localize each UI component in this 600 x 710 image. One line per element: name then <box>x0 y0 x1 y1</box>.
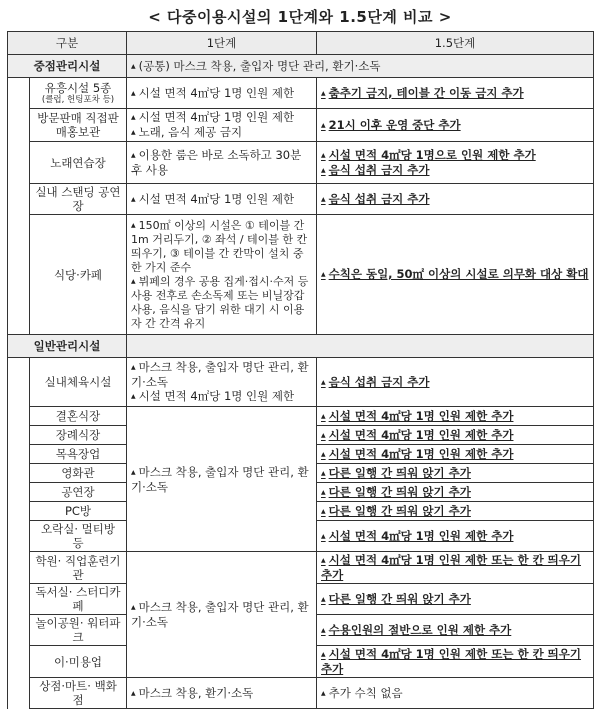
facility-name: 유흥시설 5종(클럽, 헌팅포차 등) <box>30 78 127 109</box>
group-row-general: 일반관리시설 <box>8 335 594 358</box>
stage15-rule: 수용인원의 절반으로 인원 제한 추가 <box>321 623 511 637</box>
table-row: 유흥시설 5종(클럽, 헌팅포차 등) 시설 면적 4㎡당 1명 인원 제한 춤… <box>8 78 594 109</box>
stage1-rule: 이용한 룸은 바로 소독하고 30분 후 사용 <box>131 148 312 177</box>
facility-name: 학원· 직업훈련기관 <box>30 552 127 584</box>
stage15-rule: 21시 이후 운영 중단 추가 <box>321 118 589 133</box>
group-label: 중점관리시설 <box>8 55 127 78</box>
stage1-rule: 마스크 착용, 출입자 명단 관리, 환기·소독 <box>131 600 312 629</box>
stage1-rule: 노래, 음식 제공 금지 <box>131 125 312 140</box>
stage1-rule: 마스크 착용, 환기·소독 <box>131 686 253 700</box>
stage1-rule: 마스크 착용, 출입자 명단 관리, 환기·소독 <box>131 360 312 389</box>
facility-name: 방문판매 직접판매홍보관 <box>30 109 127 142</box>
facility-name: 장례식장 <box>30 426 127 445</box>
facility-name: PC방 <box>30 502 127 521</box>
stage1-rule: 150㎡ 이상의 시설은 ① 테이블 간 1m 거리두기, ② 좌석 / 테이블… <box>131 219 312 275</box>
stage15-rule: 시설 면적 4㎡당 1명 인원 제한 또는 한 칸 띄우기 추가 <box>321 647 581 676</box>
facility-name: 식당·카페 <box>30 215 127 335</box>
stage15-rule: 수칙은 동일, 50㎡ 이상의 시설로 의무화 대상 확대 <box>321 267 589 282</box>
table-row: 방문판매 직접판매홍보관 시설 면적 4㎡당 1명 인원 제한노래, 음식 제공… <box>8 109 594 142</box>
stage15-rule: 시설 면적 4㎡당 1명 인원 제한 추가 <box>321 428 513 442</box>
stage15-rule: 음식 섭취 금지 추가 <box>321 192 589 207</box>
facility-name: 오락실· 멀티방 등 <box>30 521 127 552</box>
table-row: 노래연습장 이용한 룸은 바로 소독하고 30분 후 사용 시설 면적 4㎡당 … <box>8 142 594 184</box>
page-title: < 다중이용시설의 1단계와 1.5단계 비교 > <box>0 6 600 27</box>
stage15-rule: 추가 수칙 없음 <box>321 686 403 700</box>
facility-name: 목욕장업 <box>30 445 127 464</box>
common-rule: (공통) 마스크 착용, 출입자 명단 관리, 환기·소독 <box>131 59 380 73</box>
facility-name: 공연장 <box>30 483 127 502</box>
stage15-rule: 음식 섭취 금지 추가 <box>321 163 589 178</box>
facility-name: 영화관 <box>30 464 127 483</box>
table-row: 실내체육시설 마스크 착용, 출입자 명단 관리, 환기·소독시설 면적 4㎡당… <box>8 358 594 407</box>
header-category: 구분 <box>8 32 127 55</box>
table-row: 실내 스탠딩 공연장 시설 면적 4㎡당 1명 인원 제한 음식 섭취 금지 추… <box>8 184 594 215</box>
stage15-rule: 다른 일행 간 띄워 앉기 추가 <box>321 592 471 606</box>
stage15-rule: 다른 일행 간 띄워 앉기 추가 <box>321 504 471 518</box>
group-row-priority: 중점관리시설 (공통) 마스크 착용, 출입자 명단 관리, 환기·소독 <box>8 55 594 78</box>
facility-name: 이·미용업 <box>30 646 127 678</box>
facility-name: 독서실· 스터디카페 <box>30 584 127 615</box>
facility-subtext: (클럽, 헌팅포차 등) <box>34 95 122 105</box>
facility-name: 결혼식장 <box>30 407 127 426</box>
table-row: 학원· 직업훈련기관 마스크 착용, 출입자 명단 관리, 환기·소독 시설 면… <box>8 552 594 584</box>
facility-name: 노래연습장 <box>30 142 127 184</box>
header-stage1: 1단계 <box>127 32 317 55</box>
header-stage15: 1.5단계 <box>317 32 594 55</box>
facility-name-text: 유흥시설 5종 <box>45 81 112 95</box>
table-row: 식당·카페 150㎡ 이상의 시설은 ① 테이블 간 1m 거리두기, ② 좌석… <box>8 215 594 335</box>
stage15-rule: 시설 면적 4㎡당 1명 인원 제한 또는 한 칸 띄우기 추가 <box>321 553 581 582</box>
stage1-rule: 시설 면적 4㎡당 1명 인원 제한 <box>131 110 312 125</box>
stage15-rule: 시설 면적 4㎡당 1명 인원 제한 추가 <box>321 529 513 543</box>
stage15-rule: 시설 면적 4㎡당 1명 인원 제한 추가 <box>321 447 513 461</box>
facility-name: 놀이공원· 워터파크 <box>30 615 127 646</box>
stage1-rule: 마스크 착용, 출입자 명단 관리, 환기·소독 <box>131 465 312 494</box>
stage15-rule: 시설 면적 4㎡당 1명으로 인원 제한 추가 <box>321 148 589 163</box>
table-row: 결혼식장 마스크 착용, 출입자 명단 관리, 환기·소독 시설 면적 4㎡당 … <box>8 407 594 426</box>
stage1-rule: 뷔페의 경우 공용 집게·접시·수저 등 사용 전후로 손소독제 또는 비닐장갑… <box>131 275 312 331</box>
stage15-rule: 춤추기 금지, 테이블 간 이동 금지 추가 <box>321 86 589 101</box>
stage1-rule: 시설 면적 4㎡당 1명 인원 제한 <box>131 86 312 101</box>
group-label: 일반관리시설 <box>8 335 127 358</box>
table-row: 상점·마트· 백화점 마스크 착용, 환기·소독 추가 수칙 없음 <box>8 678 594 709</box>
comparison-table: 구분 1단계 1.5단계 중점관리시설 (공통) 마스크 착용, 출입자 명단 … <box>7 31 594 709</box>
stage1-rule: 시설 면적 4㎡당 1명 인원 제한 <box>131 192 312 207</box>
stage15-rule: 음식 섭취 금지 추가 <box>321 375 589 390</box>
stage15-rule: 시설 면적 4㎡당 1명 인원 제한 추가 <box>321 409 513 423</box>
facility-name: 실내 스탠딩 공연장 <box>30 184 127 215</box>
stage1-rule: 시설 면적 4㎡당 1명 인원 제한 <box>131 389 312 404</box>
table-header-row: 구분 1단계 1.5단계 <box>8 32 594 55</box>
stage15-rule: 다른 일행 간 띄워 앉기 추가 <box>321 485 471 499</box>
facility-name: 상점·마트· 백화점 <box>30 678 127 709</box>
stage15-rule: 다른 일행 간 띄워 앉기 추가 <box>321 466 471 480</box>
facility-name: 실내체육시설 <box>30 358 127 407</box>
